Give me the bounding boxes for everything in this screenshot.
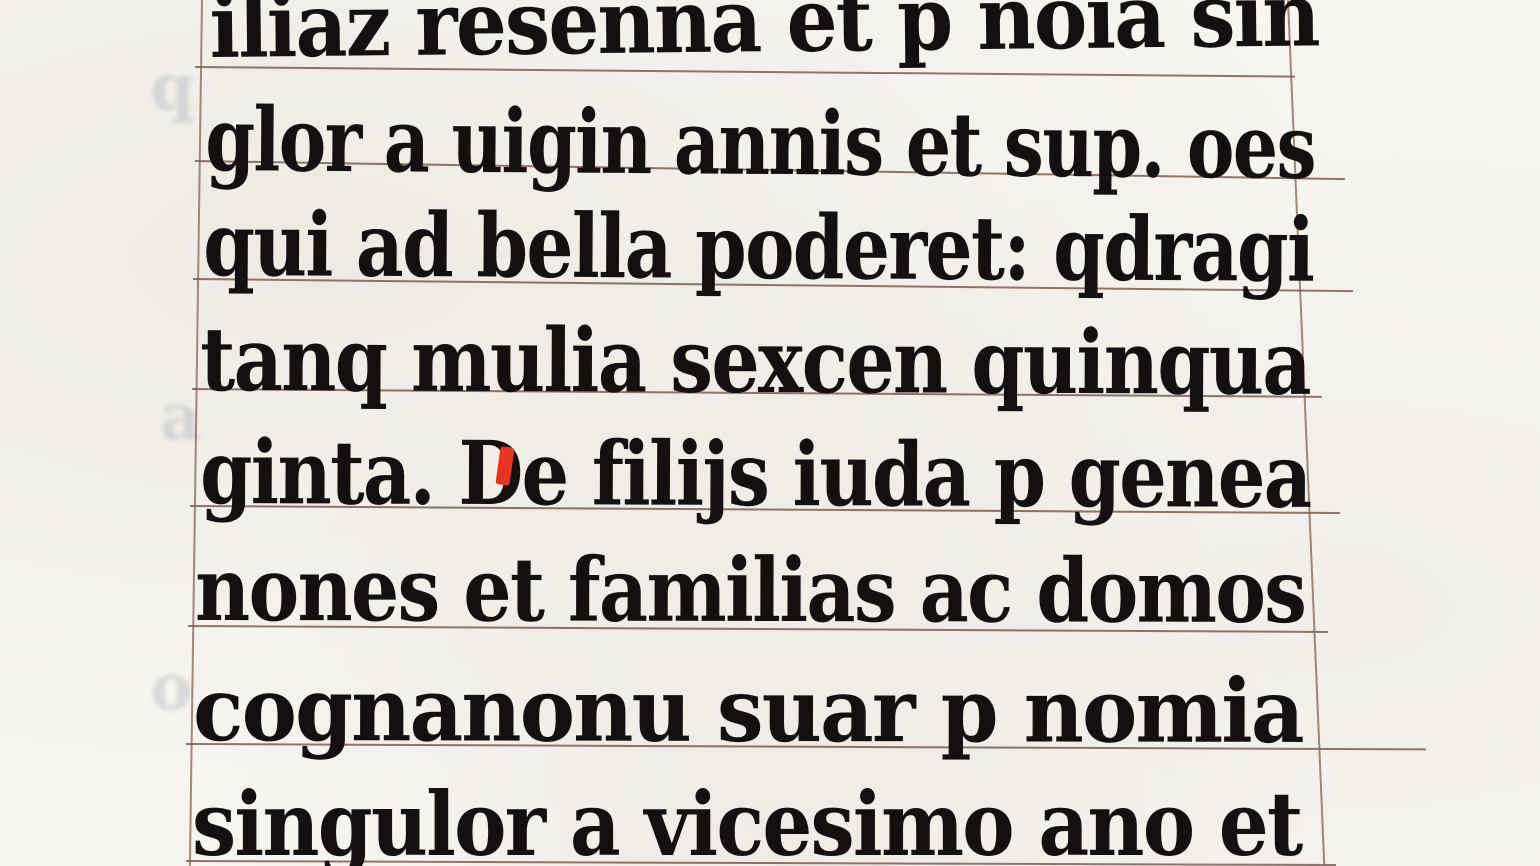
text-line-5: ginta. De filijs iuda p genea	[200, 428, 1311, 520]
parchment-page: q a o iliaz resenna et p noia sin glor a…	[0, 0, 1540, 866]
text-line-7: cognanonu suar p nomia	[193, 665, 1303, 755]
text-line-8: singulor a vicesimo ano et	[192, 780, 1301, 866]
text-line-3: qui ad bella poderet: qdragi	[203, 200, 1314, 294]
show-through-text: q	[150, 50, 195, 125]
text-line-2: glor a uigin annis et sup. oes	[205, 95, 1315, 191]
text-line-1: iliaz resenna et p noia sin	[209, 0, 1319, 70]
text-line-4: tanq mulia sexcen quinqua	[200, 315, 1310, 407]
text-line-6: nones et familias ac domos	[195, 545, 1305, 635]
show-through-text: o	[150, 650, 193, 725]
